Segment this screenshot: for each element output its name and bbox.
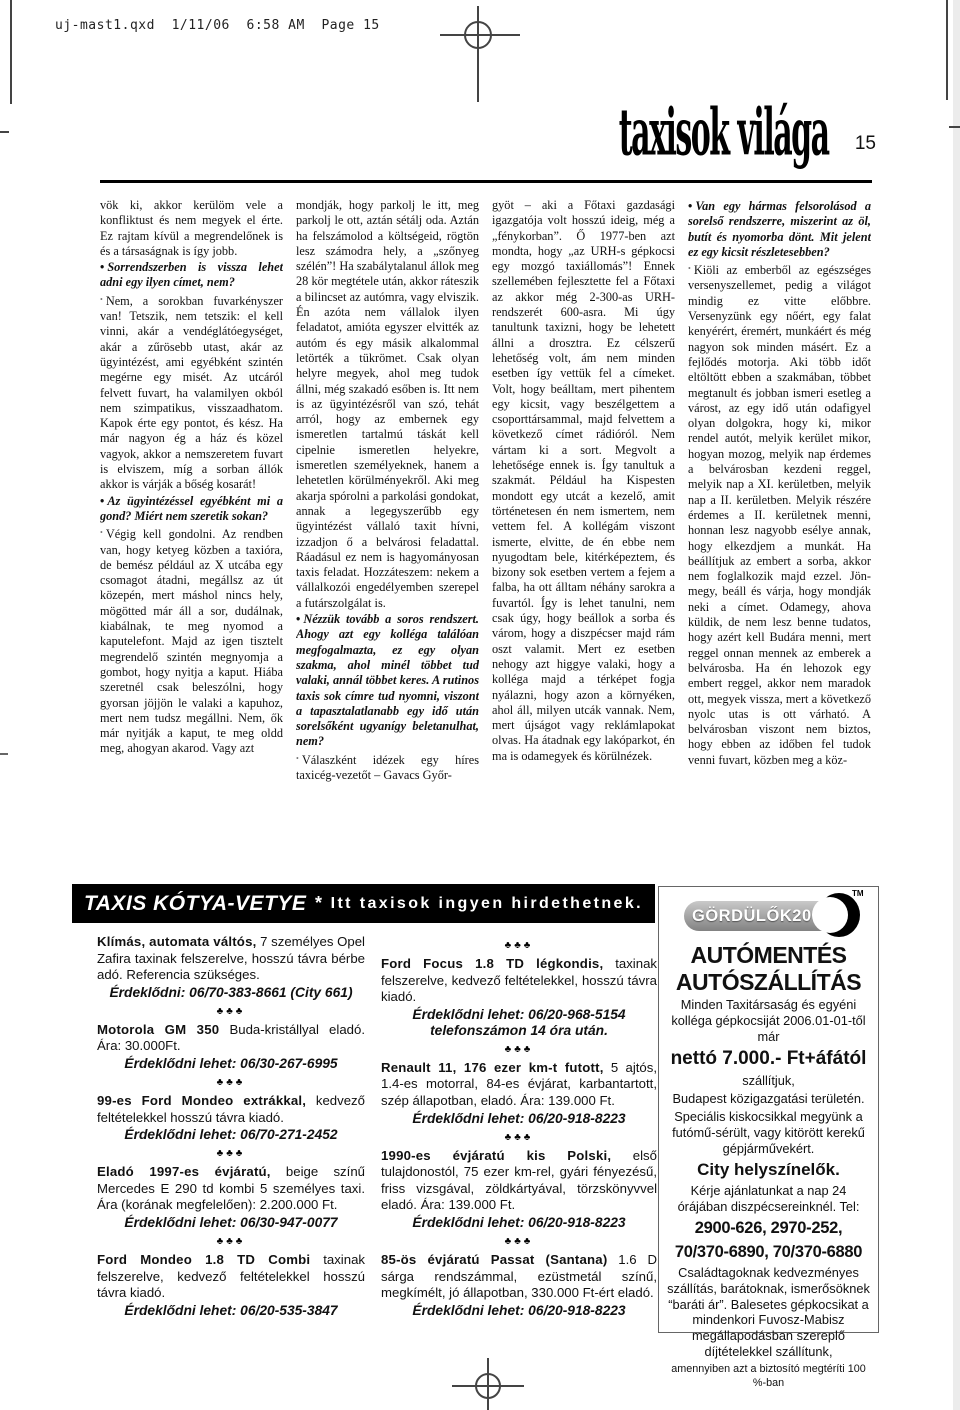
- interview-answer: •Kiöli az emberből az egészséges verseny…: [688, 261, 871, 768]
- question-bullet-icon: •: [100, 260, 104, 274]
- classified-ad: Renault 11, 176 ezer km-t futott, 5 ajtó…: [381, 1060, 657, 1126]
- ad-contact: Érdeklődni lehet: 06/70-271-2452: [97, 1127, 365, 1142]
- article-column: mondják, hogy parkolj le itt, meg parkol…: [296, 198, 479, 884]
- article-paragraph: gyöt – aki a Főtaxi gazdasági igazgatója…: [492, 198, 675, 764]
- scan-edge-shade: [953, 0, 960, 1410]
- ad-separator-ornament: ♣♣♣: [381, 940, 657, 951]
- ad-text: Eladó 1997-es évjáratú, beige színű Merc…: [97, 1164, 365, 1214]
- trademark-symbol: TM: [852, 889, 864, 898]
- banner-subtitle: Itt taxisok ingyen hirdethetnek.: [331, 895, 643, 913]
- article-paragraph: vök ki, akkor kerülöm vele a konfliktust…: [100, 198, 283, 259]
- ad-text: Renault 11, 176 ezer km-t futott, 5 ajtó…: [381, 1060, 657, 1110]
- crescent-moon-icon: [814, 893, 860, 939]
- interview-answer: •Végig kell gondolni. Az rendben van, ho…: [100, 525, 283, 756]
- classified-ad: 85-ös évjáratú Passat (Santana) 1.6 D sá…: [381, 1252, 657, 1318]
- ad-lead: 85-ös évjáratú Passat (Santana): [381, 1252, 607, 1267]
- gordulok2000-logo: GÖRDÜLŐK2000 TM: [684, 901, 854, 931]
- classified-ad: Eladó 1997-es évjáratú, beige színű Merc…: [97, 1164, 365, 1230]
- ad-lead: Ford Mondeo 1.8 TD Combi: [97, 1252, 310, 1267]
- ad-contact: Érdeklődni lehet: 06/20-535-3847: [97, 1303, 365, 1318]
- registration-mark-icon: [452, 1358, 524, 1410]
- classified-ad: Ford Focus 1.8 TD légkondis, taxinak fel…: [381, 956, 657, 1038]
- article-column: vök ki, akkor kerülöm vele a konfliktust…: [100, 198, 283, 884]
- magazine-page: uj-mast1.qxd 1/11/06 6:58 AM Page 15 tax…: [0, 0, 960, 1410]
- crop-mark-right: [946, 0, 948, 100]
- advert-line: 2900-626, 2970-252,: [666, 1217, 871, 1239]
- classified-ads-right-column: ♣♣♣Ford Focus 1.8 TD légkondis, taxinak …: [381, 934, 657, 1318]
- ad-lead: Klímás, automata váltós,: [97, 934, 256, 949]
- classified-ads-left-column: Klímás, automata váltós, 7 személyes Ope…: [97, 934, 365, 1318]
- ad-separator-ornament: ♣♣♣: [97, 1148, 365, 1159]
- magazine-logo: taxisok világa: [619, 104, 829, 164]
- answer-bullet-icon: •: [688, 264, 691, 273]
- advert-lines: AUTÓMENTÉSAUTÓSZÁLLÍTÁSMinden Taxitársas…: [666, 943, 871, 1390]
- ad-contact: telefonszámon 14 óra után.: [381, 1023, 657, 1038]
- ad-text: 85-ös évjáratú Passat (Santana) 1.6 D sá…: [381, 1252, 657, 1302]
- ad-contact: Érdeklődni lehet: 06/30-267-6995: [97, 1056, 365, 1071]
- ad-text: Ford Mondeo 1.8 TD Combi taxinak felszer…: [97, 1252, 365, 1302]
- ad-separator-ornament: ♣♣♣: [381, 1132, 657, 1143]
- print-slug: uj-mast1.qxd 1/11/06 6:58 AM Page 15: [55, 18, 380, 33]
- advert-line: nettó 7.000.- Ft+áfától: [666, 1046, 871, 1071]
- interview-question: •Van egy hármas felsorolásod a sorelső r…: [688, 199, 871, 260]
- ad-lead: Renault 11, 176 ezer km-t futott,: [381, 1060, 604, 1075]
- page-number: 15: [855, 133, 876, 163]
- ad-separator-ornament: ♣♣♣: [381, 1044, 657, 1055]
- classified-ads-section: Klímás, automata váltós, 7 személyes Ope…: [97, 934, 657, 1318]
- ad-lead: Motorola GM 350: [97, 1022, 219, 1037]
- ad-text: 99-es Ford Mondeo extrákkal, kedvező fel…: [97, 1093, 365, 1126]
- ad-text: Klímás, automata váltós, 7 személyes Ope…: [97, 934, 365, 984]
- ad-lead: 1990-es évjáratú kis Polski,: [381, 1148, 611, 1163]
- ad-lead: Ford Focus 1.8 TD légkondis,: [381, 956, 603, 971]
- advert-line: Családtagoknak kedvezményes szállítás, b…: [666, 1265, 871, 1360]
- registration-mark-icon: [440, 6, 520, 107]
- interview-answer: •Nem, a sorokban fuvarkényszer van! Tets…: [100, 292, 283, 493]
- question-bullet-icon: •: [100, 494, 104, 508]
- gordulok2000-advert: GÖRDÜLŐK2000 TM AUTÓMENTÉSAUTÓSZÁLLÍTÁSM…: [658, 886, 879, 1333]
- interview-answer: •Válaszként idézek egy híres taxicég-vez…: [296, 751, 479, 784]
- banner-title: TAXIS KÓTYA-VETYE: [84, 892, 306, 916]
- gordulok2000-logo-text: GÖRDÜLŐK: [692, 907, 792, 926]
- advert-line: amennyiben azt a biztosító megtéríti 100…: [666, 1362, 871, 1390]
- advert-line: Budapest közigazgatási területén.: [666, 1091, 871, 1107]
- classified-ad: Ford Mondeo 1.8 TD Combi taxinak felszer…: [97, 1252, 365, 1318]
- crop-dash-left: [0, 753, 8, 755]
- advert-line: 70/370-6890, 70/370-6880: [666, 1241, 871, 1263]
- advert-line: szállítjuk,: [666, 1073, 871, 1089]
- crop-mark-left: [10, 0, 12, 104]
- interview-question: •Nézzük tovább a soros rendszert. Ahogy …: [296, 612, 479, 750]
- article-column: •Van egy hármas felsorolásod a sorelső r…: [688, 198, 871, 884]
- ad-text: 1990-es évjáratú kis Polski, első tulajd…: [381, 1148, 657, 1214]
- ad-separator-ornament: ♣♣♣: [381, 1236, 657, 1247]
- advert-line: AUTÓMENTÉS: [666, 943, 871, 968]
- banner-star-icon: *: [311, 893, 326, 914]
- ad-text: Motorola GM 350 Buda-kristállyal eladó. …: [97, 1022, 365, 1055]
- classifieds-banner: TAXIS KÓTYA-VETYE * Itt taxisok ingyen h…: [72, 884, 655, 923]
- ad-contact: Érdeklődni lehet: 06/20-918-8223: [381, 1215, 657, 1230]
- classified-ad: Klímás, automata váltós, 7 személyes Ope…: [97, 934, 365, 1000]
- classified-ad: Motorola GM 350 Buda-kristállyal eladó. …: [97, 1022, 365, 1071]
- classified-ad: 1990-es évjáratú kis Polski, első tulajd…: [381, 1148, 657, 1230]
- advert-line: Speciális kiskocsikkal megyünk a futómű-…: [666, 1109, 871, 1156]
- ad-contact: Érdeklődni lehet: 06/20-968-5154: [381, 1007, 657, 1022]
- advert-line: Kérje ajánlatunkat a nap 24 órájában dis…: [666, 1183, 871, 1215]
- ad-separator-ornament: ♣♣♣: [97, 1236, 365, 1247]
- answer-bullet-icon: •: [296, 754, 299, 763]
- article-column: gyöt – aki a Főtaxi gazdasági igazgatója…: [492, 198, 675, 884]
- crop-tick-left: [0, 131, 9, 133]
- article-columns: vök ki, akkor kerülöm vele a konfliktust…: [100, 198, 872, 884]
- answer-bullet-icon: •: [100, 295, 103, 304]
- crop-tick-right: [949, 126, 960, 128]
- interview-question: •Az ügyintézéssel egyébként mi a gond? M…: [100, 494, 283, 525]
- ad-contact: Érdeklődni lehet: 06/30-947-0077: [97, 1215, 365, 1230]
- question-bullet-icon: •: [296, 612, 300, 626]
- interview-question: •Sorrendszerben is vissza lehet adni egy…: [100, 260, 283, 291]
- article-paragraph: mondják, hogy parkolj le itt, meg parkol…: [296, 198, 479, 611]
- ad-contact: Érdeklődni lehet: 06/20-918-8223: [381, 1303, 657, 1318]
- advert-line: AUTÓSZÁLLÍTÁS: [666, 970, 871, 995]
- answer-bullet-icon: •: [100, 528, 103, 537]
- page-header: taxisok világa 15: [409, 108, 876, 163]
- ad-lead: 99-es Ford Mondeo extrákkal,: [97, 1093, 306, 1108]
- advert-line: City helyszínelők.: [666, 1158, 871, 1181]
- classified-ad: 99-es Ford Mondeo extrákkal, kedvező fel…: [97, 1093, 365, 1142]
- ad-separator-ornament: ♣♣♣: [97, 1077, 365, 1088]
- ad-contact: Érdeklődni lehet: 06/20-918-8223: [381, 1111, 657, 1126]
- ad-lead: Eladó 1997-es évjáratú,: [97, 1164, 271, 1179]
- ad-contact: Érdeklődni: 06/70-383-8661 (City 661): [97, 985, 365, 1000]
- header-rule: [100, 180, 872, 183]
- advert-line: Minden Taxitársaság és egyéni kolléga gé…: [666, 997, 871, 1044]
- ad-separator-ornament: ♣♣♣: [97, 1006, 365, 1017]
- ad-text: Ford Focus 1.8 TD légkondis, taxinak fel…: [381, 956, 657, 1006]
- question-bullet-icon: •: [688, 199, 692, 213]
